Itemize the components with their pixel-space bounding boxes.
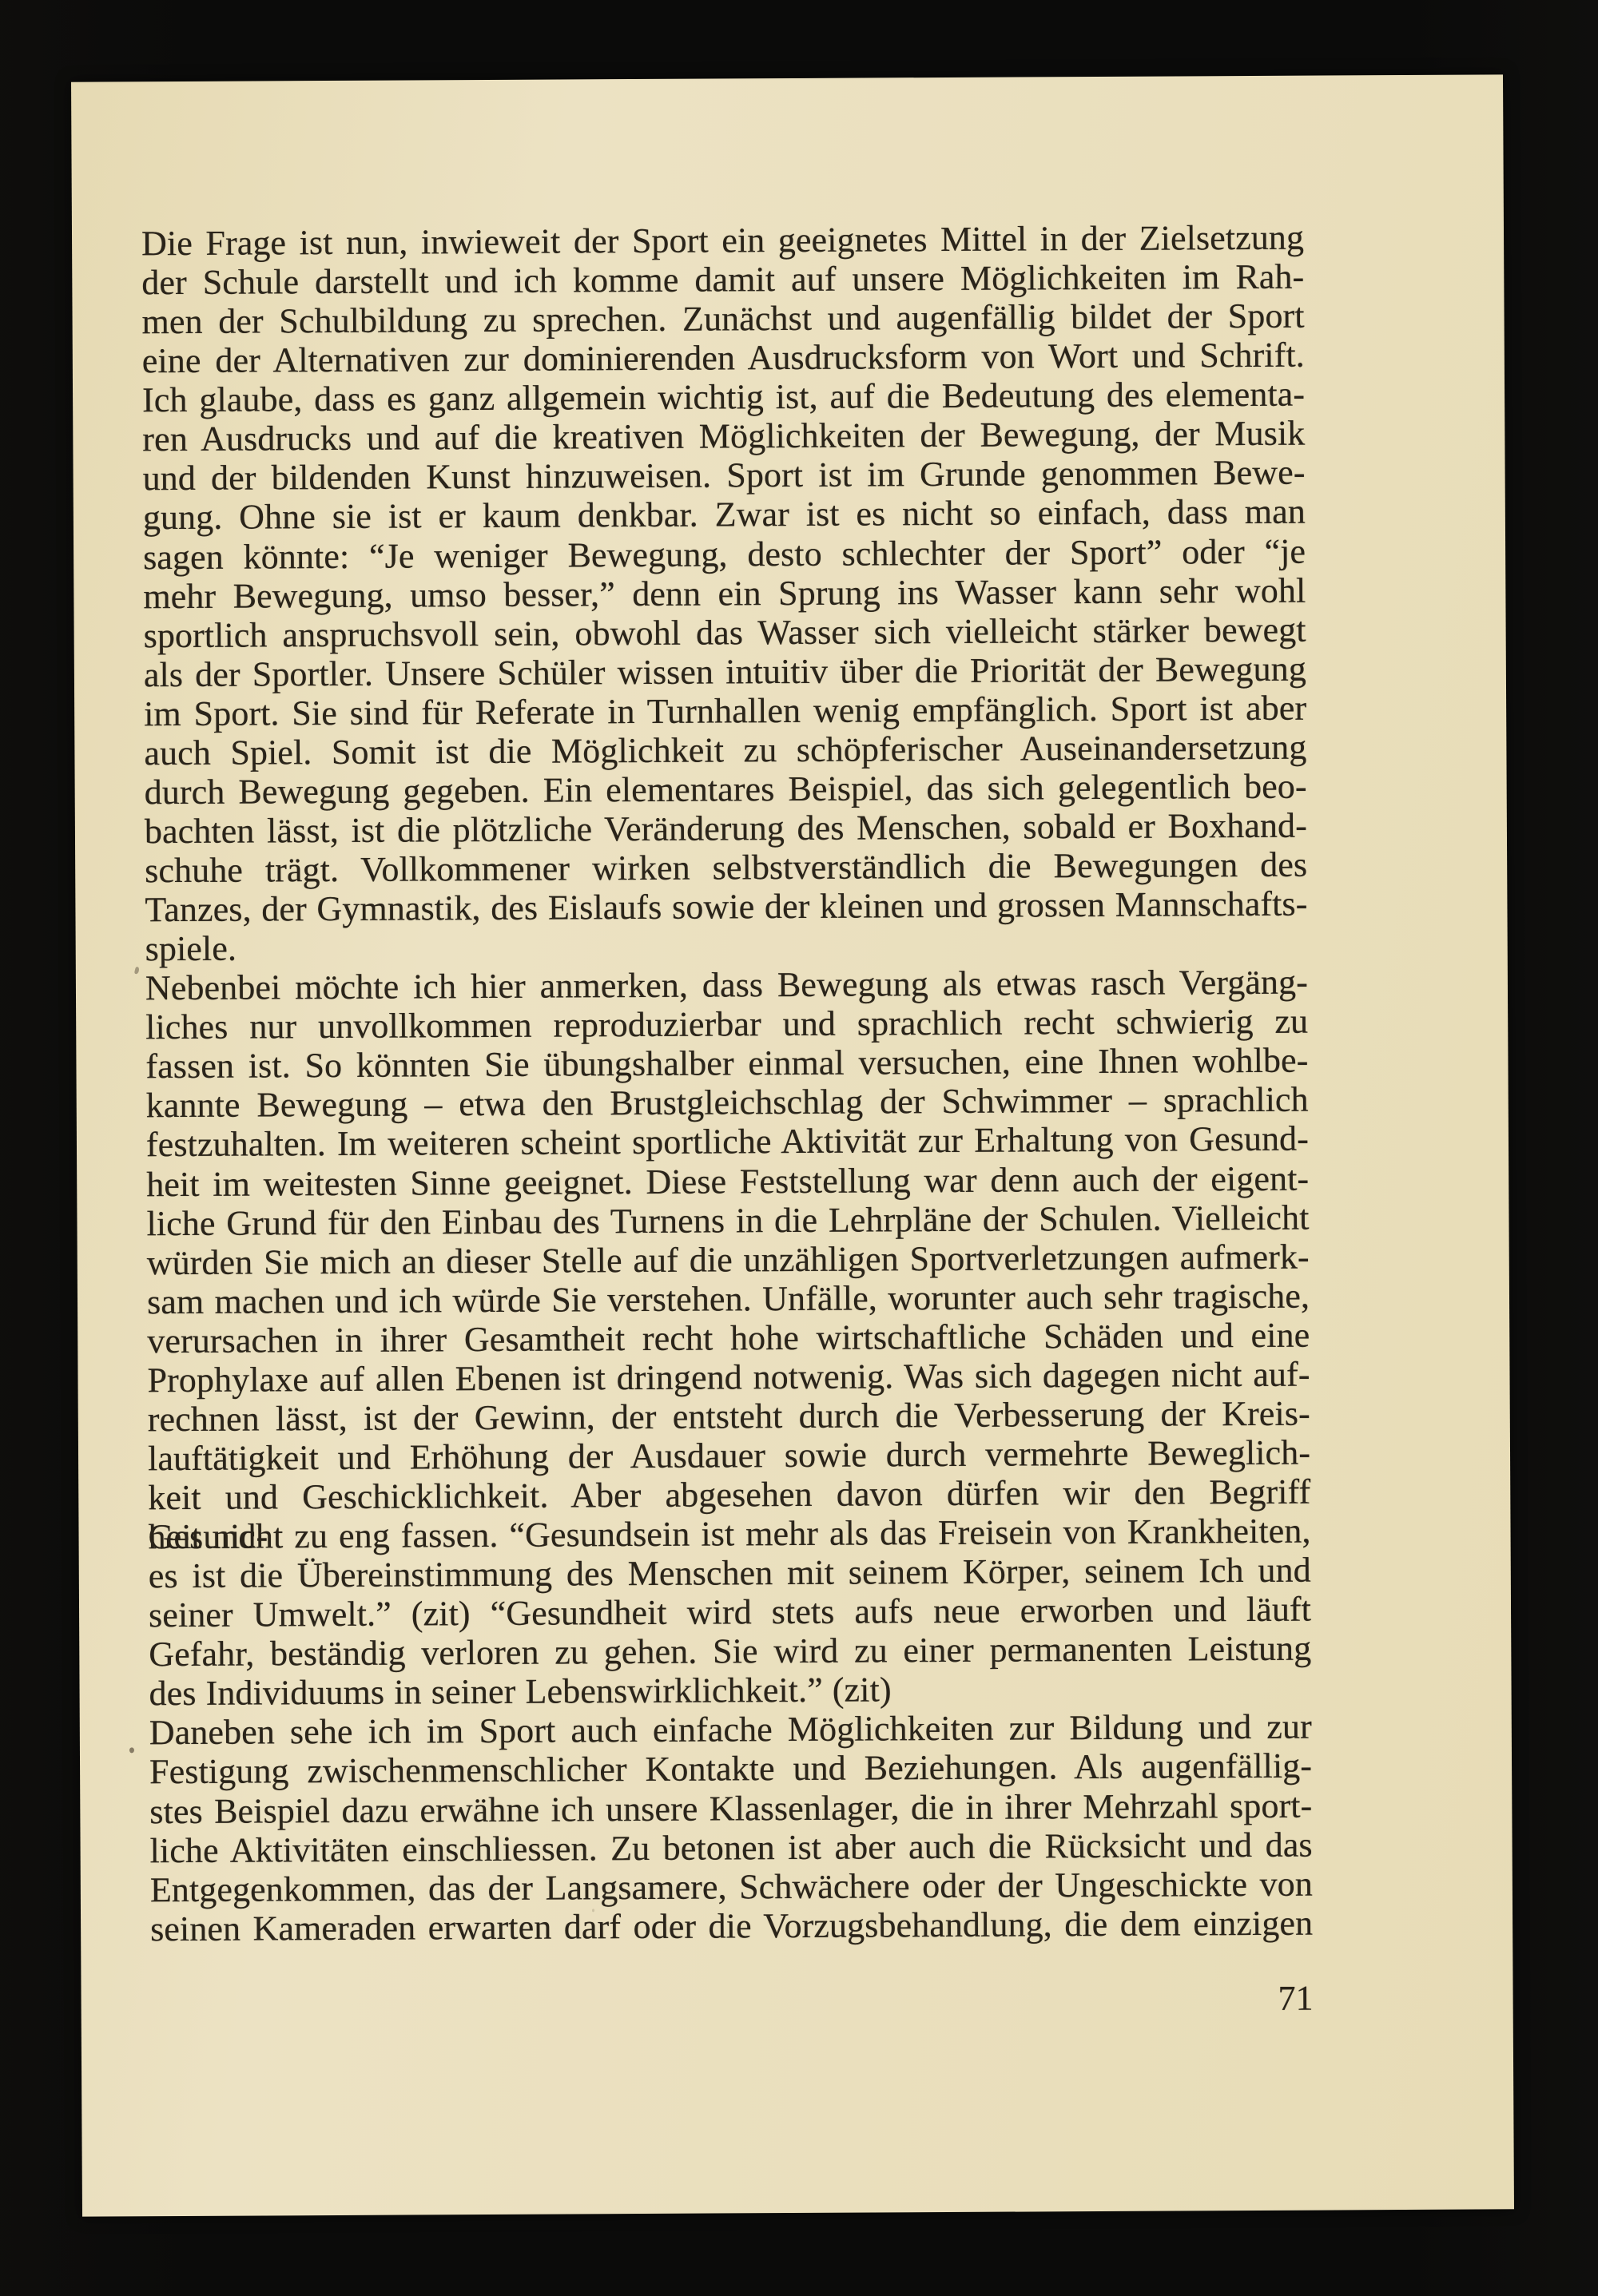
- text-line: im Sport. Sie sind für Referate in Turnh…: [144, 688, 1306, 733]
- text-line: des Individuums in seiner Lebenswirklich…: [149, 1668, 1311, 1714]
- text-line: durch Bewegung gegeben. Ein elementares …: [145, 766, 1307, 812]
- text-line: kannte Bewegung – etwa den Brustgleichsc…: [146, 1080, 1309, 1126]
- text-line: Die Frage ist nun, inwieweit der Sport e…: [141, 218, 1304, 264]
- text-line: stes Beispiel dazu erwähne ich unsere Kl…: [149, 1786, 1312, 1831]
- text-line: Prophylaxe auf allen Ebenen ist dringend…: [147, 1354, 1310, 1400]
- text-line: es ist die Übereinstimmung des Menschen …: [149, 1551, 1311, 1596]
- ink-speck: [129, 1747, 134, 1753]
- text-line: sam machen und ich würde Sie verstehen. …: [147, 1276, 1310, 1321]
- body-text: Die Frage ist nun, inwieweit der Sport e…: [141, 218, 1313, 1948]
- book-page: Die Frage ist nun, inwieweit der Sport e…: [71, 74, 1514, 2216]
- text-line: der Schule darstellt und ich komme damit…: [141, 257, 1304, 303]
- text-line: liche Aktivitäten einschliessen. Zu beto…: [149, 1825, 1312, 1870]
- paper-speck: [816, 366, 819, 369]
- text-line: Entgegenkommen, das der Langsamere, Schw…: [150, 1864, 1313, 1909]
- text-line: seiner Umwelt.” (zit) “Gesundheit wird s…: [149, 1590, 1311, 1635]
- text-line: Tanzes, der Gymnastik, des Eislaufs sowi…: [145, 884, 1307, 930]
- text-line: und der bildenden Kunst hinzuweisen. Spo…: [142, 453, 1305, 499]
- text-line: sportlich anspruchsvoll sein, obwohl das…: [144, 610, 1306, 655]
- text-line: Nebenbei möchte ich hier anmerken, dass …: [145, 963, 1308, 1008]
- text-line: fassen ist. So könnten Sie übungshalber …: [145, 1041, 1308, 1086]
- text-line: auch Spiel. Somit ist die Möglichkeit zu…: [144, 727, 1306, 773]
- text-line: heit im weitesten Sinne geeignet. Diese …: [146, 1158, 1309, 1204]
- text-line: seinen Kameraden erwarten darf oder die …: [150, 1903, 1313, 1948]
- text-line: als der Sportler. Unsere Schüler wissen …: [144, 649, 1306, 694]
- text-line: heit nicht zu eng fassen. “Gesundsein is…: [148, 1511, 1310, 1557]
- text-line: verursachen in ihrer Gesamtheit recht ho…: [147, 1315, 1310, 1361]
- text-line: rechnen lässt, ist der Gewinn, der entst…: [148, 1393, 1310, 1439]
- text-line: sagen könnte: “Je weniger Bewegung, dest…: [143, 531, 1306, 577]
- page-number: 71: [150, 1979, 1313, 2024]
- text-line: men der Schulbildung zu sprechen. Zunäch…: [141, 296, 1304, 342]
- text-line: schuhe trägt. Vollkommener wirken selbst…: [145, 845, 1307, 891]
- ink-speck: [134, 967, 140, 975]
- text-line: lauftätigkeit und Erhöhung der Ausdauer …: [148, 1433, 1310, 1479]
- text-line: liches nur unvollkommen reproduzierbar u…: [145, 1002, 1308, 1047]
- text-line: eine der Alternativen zur dominierenden …: [142, 336, 1305, 381]
- paper-speck: [592, 1909, 594, 1912]
- paper-speck: [1188, 1370, 1191, 1372]
- text-line: gung. Ohne sie ist er kaum denkbar. Zwar…: [143, 492, 1306, 538]
- text-line: keit und Geschicklichkeit. Aber abgesehe…: [148, 1472, 1310, 1518]
- text-line: bachten lässt, ist die plötzliche Veränd…: [145, 806, 1307, 852]
- text-line: Festigung zwischenmenschlicher Kontakte …: [149, 1746, 1312, 1792]
- text-line: Daneben sehe ich im Sport auch einfache …: [149, 1707, 1312, 1753]
- text-line: festzuhalten. Im weiteren scheint sportl…: [146, 1119, 1309, 1165]
- text-line: liche Grund für den Einbau des Turnens i…: [146, 1198, 1309, 1243]
- text-line: mehr Bewegung, umso besser,” denn ein Sp…: [143, 570, 1306, 616]
- text-line: spiele.: [145, 924, 1308, 969]
- text-line: Ich glaube, dass es ganz allgemein wicht…: [142, 375, 1305, 420]
- scanned-document: { "document": { "language": "de", "page_…: [0, 0, 1598, 2296]
- text-line: ren Ausdrucks und auf die kreativen Mögl…: [142, 414, 1305, 459]
- text-line: würden Sie mich an dieser Stelle auf die…: [147, 1237, 1310, 1282]
- text-line: Gefahr, beständig verloren zu gehen. Sie…: [149, 1629, 1311, 1674]
